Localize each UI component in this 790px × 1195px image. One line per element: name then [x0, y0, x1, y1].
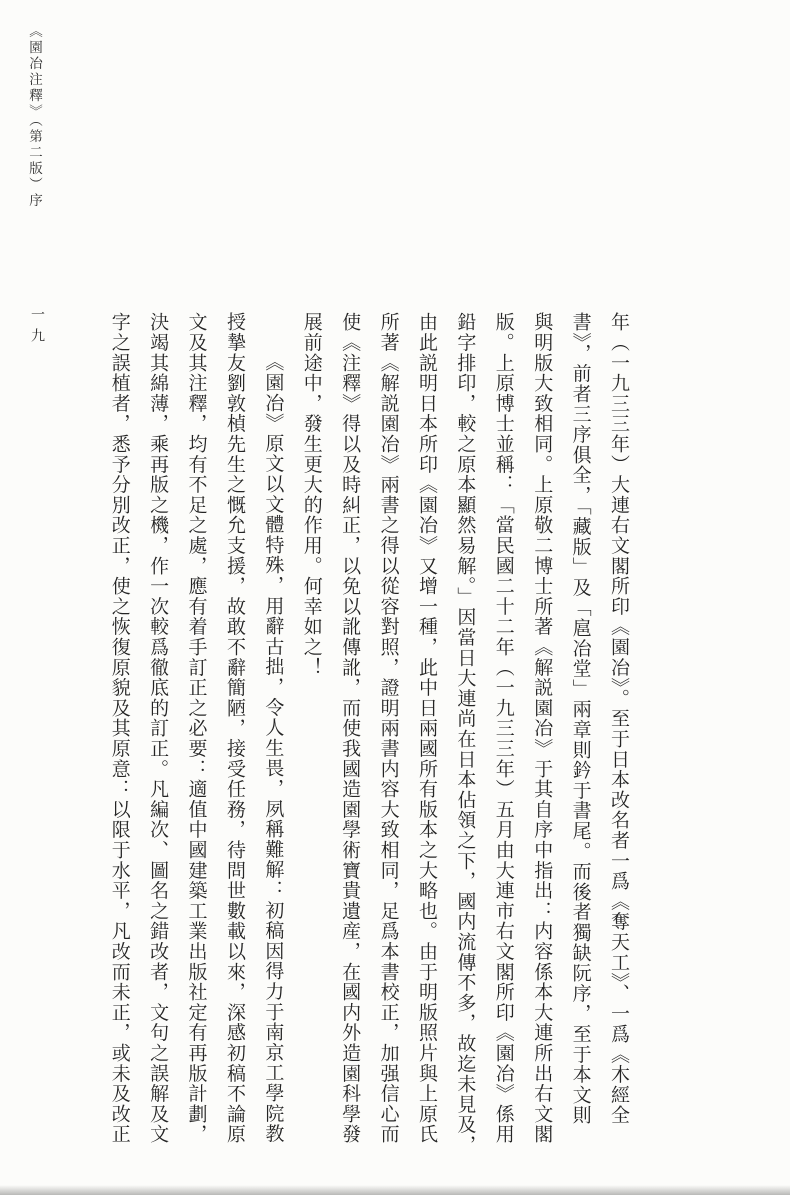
text-column: 《園冶》原文以文體特殊，用辭古拙，令人生畏，夙稱難解：初稿因得力于南京工學院教	[253, 312, 291, 1157]
page-number: 一九	[26, 307, 46, 349]
text-column: 使《注釋》得以及時糾正，以免以訛傳訛，而使我國造園學術寶貴遺産，在國内外造園科學…	[330, 312, 368, 1157]
text-column: 所著《解説園冶》兩書之得以從容對照，證明兩書内容大致相同，足爲本書校正，加强信心…	[368, 312, 406, 1157]
text-column: 文及其注釋，均有不足之處，應有着手訂正之必要：適值中國建築工業出版社定有再版計劃…	[176, 312, 214, 1157]
running-title: 《園冶注釋》（第二版）序	[24, 24, 44, 209]
text-column: 與明版大致相同。上原敬二博士所著《解説園冶》于其自序中指出：内容係本大連所出右文…	[522, 312, 560, 1157]
text-column: 字之誤植者，悉予分別改正，使之恢復原貌及其原意：以限于水平，凡改而未正，或未及改…	[99, 312, 137, 1157]
scan-edge-shadow	[0, 1185, 790, 1195]
text-column: 鉛字排印，較之原本顯然易解。」因當日大連尚在日本佔領之下，國内流傳不多，故迄未見…	[445, 312, 483, 1157]
main-text: 年（一九三三年）大連右文閣所印《園冶》。至于日本改名者一爲《奪天工》、一爲《木經…	[99, 312, 637, 1157]
text-column: 展前途中，發生更大的作用。何幸如之！	[291, 312, 329, 1157]
text-column: 由此説明日本所印《園冶》又增一種，此中日兩國所有版本之大略也。由于明版照片與上原…	[407, 312, 445, 1157]
text-column: 決竭其綿薄，乘再版之機，作一次較爲徹底的訂正。凡編次、圖名之錯改者，文句之誤解及…	[138, 312, 176, 1157]
text-column: 書》，前者三序俱全，「藏版」及「扈冶堂」兩章則鈐于書尾。而後者獨缺阮序，至于本文…	[560, 312, 598, 1157]
book-page: 《園冶注釋》（第二版）序 一九 年（一九三三年）大連右文閣所印《園冶》。至于日本…	[0, 0, 790, 1195]
text-column: 年（一九三三年）大連右文閣所印《園冶》。至于日本改名者一爲《奪天工》、一爲《木經…	[599, 312, 637, 1157]
text-column: 版。上原博士並稱：「當民國二十二年（一九三三年）五月由大連市右文閣所印《園冶》係…	[483, 312, 521, 1157]
text-column: 授摯友劉敦楨先生之慨允支援，故敢不辭簡陋，接受任務，待問世數載以來，深感初稿不論…	[215, 312, 253, 1157]
